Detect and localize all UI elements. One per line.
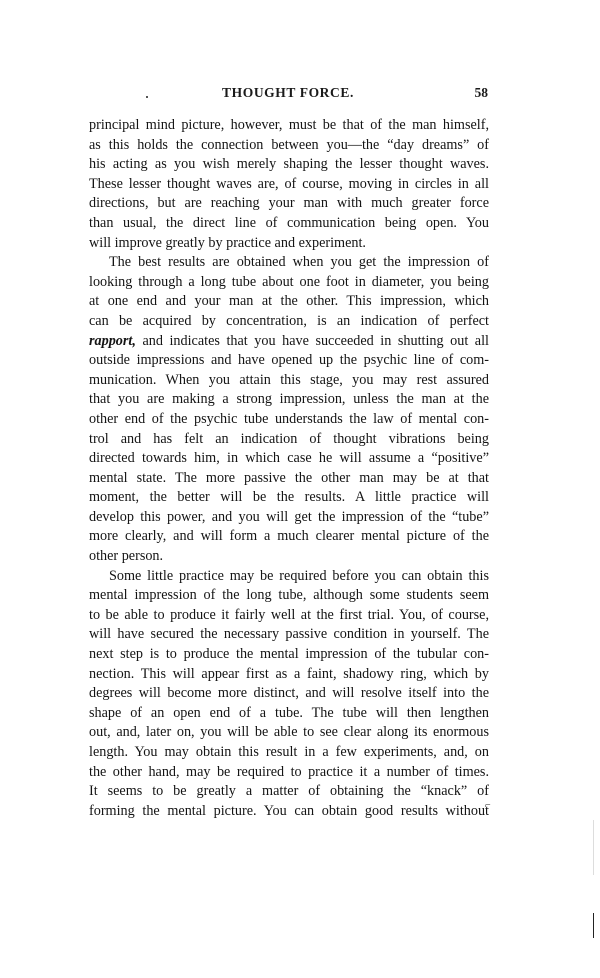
text-line: Some little practice may be required bef… xyxy=(89,567,489,587)
page-number: 58 xyxy=(475,85,489,101)
text-line: out, and, later on, you will be able to … xyxy=(89,723,489,743)
scan-edge-line xyxy=(593,820,594,875)
print-mark: ⌐ xyxy=(485,800,491,811)
text-line: nection. This will appear first as a fai… xyxy=(89,665,489,685)
text-line: munication. When you attain this stage, … xyxy=(89,371,489,391)
text-line: It seems to be greatly a matter of obtai… xyxy=(89,782,489,802)
text-line: looking through a long tube about one fo… xyxy=(89,273,489,293)
text-line: will have secured the necessary passive … xyxy=(89,625,489,645)
text-line: at one end and your man at the other. Th… xyxy=(89,292,489,312)
text-line: his acting as you wish merely shaping th… xyxy=(89,155,489,175)
text-line: principal mind picture, however, must be… xyxy=(89,116,489,136)
italic-term: rapport, xyxy=(89,333,136,349)
text-line: will improve greatly by practice and exp… xyxy=(89,234,489,254)
scan-edge-line xyxy=(593,913,594,938)
text-line: than usual, the direct line of communica… xyxy=(89,214,489,234)
text-line: can be acquired by concentration, is an … xyxy=(89,312,489,332)
text-line: other end of the psychic tube understand… xyxy=(89,410,489,430)
text-line: moment, the better will be the results. … xyxy=(89,488,489,508)
text-line: that you are making a strong impression,… xyxy=(89,390,489,410)
text-line: mental impression of the long tube, alth… xyxy=(89,586,489,606)
text-line: forming the mental picture. You can obta… xyxy=(89,802,489,822)
text-line: length. You may obtain this result in a … xyxy=(89,743,489,763)
text-line: outside impressions and have opened up t… xyxy=(89,351,489,371)
text-line: These lesser thought waves are, of cours… xyxy=(89,175,489,195)
text-line: next step is to produce the mental impre… xyxy=(89,645,489,665)
text-line: to be able to produce it fairly well at … xyxy=(89,606,489,626)
paragraph-1: principal mind picture, however, must be… xyxy=(89,116,489,253)
text-line: directions, but are reaching your man wi… xyxy=(89,194,489,214)
text-line: as this holds the connection between you… xyxy=(89,136,489,156)
text-line: trol and has felt an indication of thoug… xyxy=(89,430,489,450)
text-line: shape of an open end of a tube. The tube… xyxy=(89,704,489,724)
paragraph-2: The best results are obtained when you g… xyxy=(89,253,489,567)
text-line: develop this power, and you will get the… xyxy=(89,508,489,528)
text-line: mental state. The more passive the other… xyxy=(89,469,489,489)
body-text: principal mind picture, however, must be… xyxy=(89,116,489,821)
text-line: rapport, and indicates that you have suc… xyxy=(89,332,489,352)
text-line: The best results are obtained when you g… xyxy=(89,253,489,273)
text-line: other person. xyxy=(89,547,489,567)
paragraph-3: Some little practice may be required bef… xyxy=(89,567,489,822)
running-header: THOUGHT FORCE. 58 xyxy=(88,85,488,105)
text-line: directed towards him, in which case he w… xyxy=(89,449,489,469)
text-line: the other hand, may be required to pract… xyxy=(89,763,489,783)
running-title: THOUGHT FORCE. xyxy=(88,85,488,101)
text-line: more clearly, and will form a much clear… xyxy=(89,527,489,547)
text-line: degrees will become more distinct, and w… xyxy=(89,684,489,704)
book-page: THOUGHT FORCE. 58 principal mind picture… xyxy=(0,0,600,978)
